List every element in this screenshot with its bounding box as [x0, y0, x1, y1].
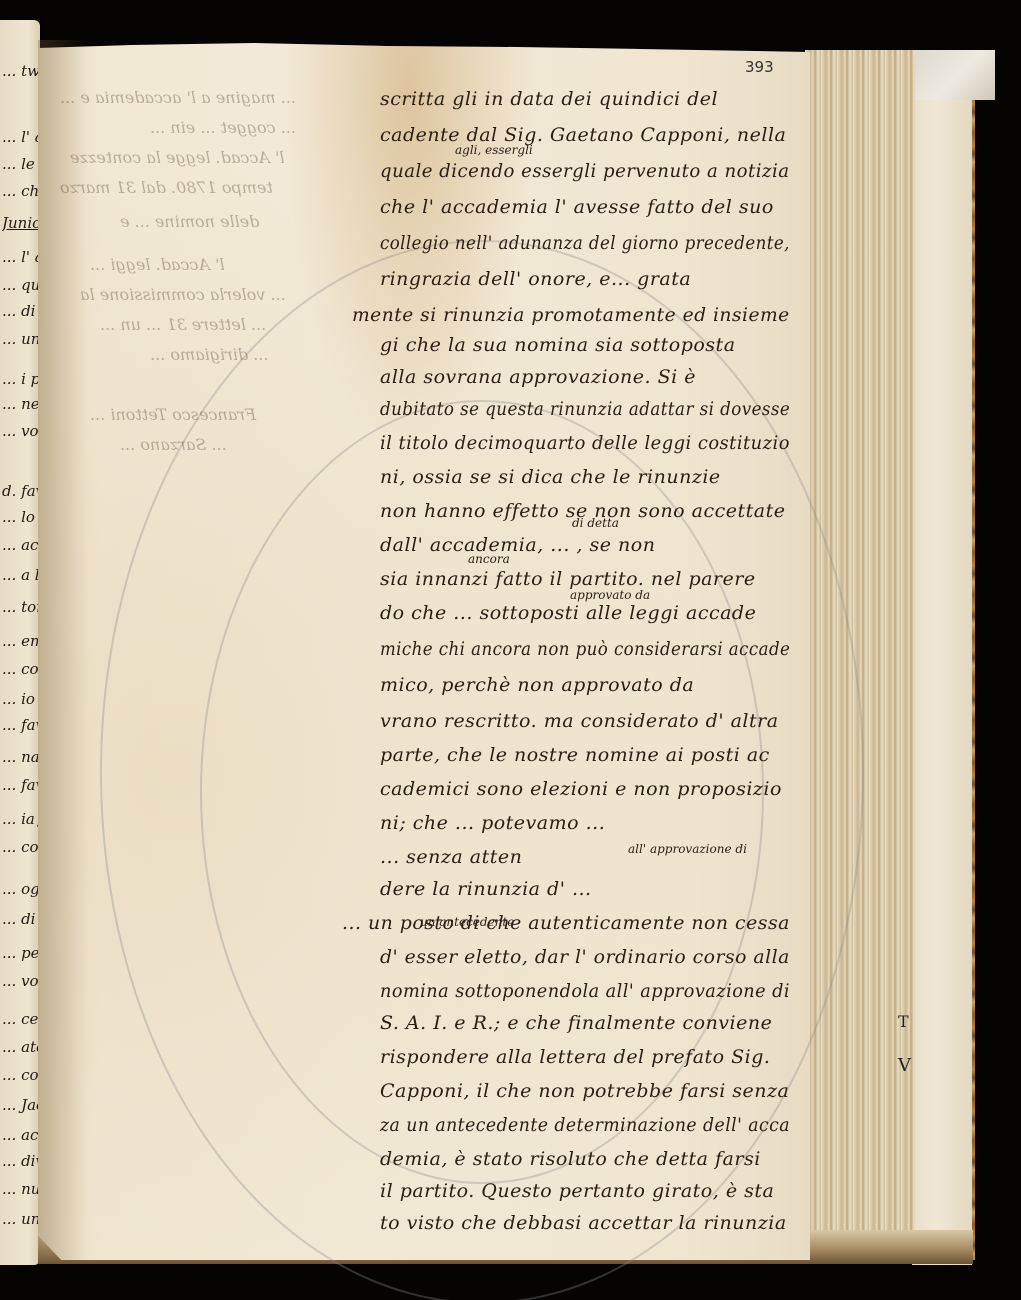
edge-label: T: [898, 1012, 909, 1031]
verso-fragment: ... negliu: [2, 395, 38, 413]
text-line: cademici sono elezioni e non proposizio: [380, 778, 782, 800]
gutter-shadow: [38, 40, 88, 1260]
interlinear-note: ancora: [468, 552, 510, 566]
text-line: S. A. I. e R.; e che finalmente conviene: [380, 1012, 772, 1034]
verso-fragment: ... lo ha: [2, 508, 38, 526]
verso-fragment: ... tw:: [2, 62, 38, 80]
bleed-through-line: l' Accad. legge la contezze: [70, 148, 285, 167]
verso-fragment: Junio: [2, 214, 38, 232]
text-line: za un antecedente determinazione dell' a…: [380, 1114, 790, 1136]
verso-fragment: ... empio,: [2, 632, 38, 650]
text-line: ni, ossia se si dica che le rinunzie: [380, 466, 721, 488]
text-line: ni; che ... potevamo ...: [380, 812, 605, 834]
text-line: ringrazia dell' onore, e... grata: [380, 268, 691, 290]
verso-fragment: d. fav: [2, 482, 38, 500]
verso-fragment: ... correnti,: [2, 838, 38, 856]
verso-fragment: ... favore: [2, 776, 38, 794]
text-line: quale dicendo essergli pervenuto a notiz…: [380, 160, 790, 182]
text-line: to visto che debbasi accettar la rinunzi…: [380, 1212, 787, 1234]
text-line: cadente dal Sig. Gaetano Capponi, nella: [380, 124, 786, 146]
bleed-through-line: ... dirigiamo ...: [150, 345, 269, 364]
edge-label: V: [898, 1055, 911, 1076]
verso-fragment: ... favore: [2, 716, 38, 734]
text-line: do che ... sottoposti alle leggi accade: [380, 602, 756, 624]
text-line: mico, perchè non approvato da: [380, 674, 694, 696]
verso-fragment: ... per ta: [2, 944, 38, 962]
verso-fragment: ... voti favo: [2, 972, 38, 990]
text-line: parte, che le nostre nomine ai posti ac: [380, 744, 770, 766]
text-line: mente si rinunzia promotamente ed insiem…: [352, 304, 790, 326]
interlinear-note: di detta: [572, 516, 619, 530]
verso-fragment: ... voti fa: [2, 422, 38, 440]
interlinear-note: agli, essergli: [455, 143, 533, 157]
verso-fragment: ... l' a: [2, 128, 38, 146]
verso-fragment: ... chi' d: [2, 182, 38, 200]
text-line: dubitato se questa rinunzia adattar si d…: [380, 398, 790, 420]
verso-fragment: ... nario,: [2, 748, 38, 766]
verso-fragment: ... colleghi: [2, 1066, 38, 1084]
verso-fragment: ... correnti,: [2, 660, 38, 678]
verso-fragment: ... divina: [2, 1152, 38, 1170]
text-line: alla sovrana approvazione. Si è: [380, 366, 696, 388]
bleed-through-line: ... volerla commissione la: [80, 285, 286, 304]
text-line: che l' accademia l' avesse fatto del suo: [380, 196, 774, 218]
verso-fragment: ... di favore: [2, 910, 38, 928]
interlinear-note: all' approvazione di: [628, 842, 747, 856]
bleed-through-line: ... magine a l' accademia e ...: [60, 88, 296, 107]
text-line: dere la rinunzia d' ...: [380, 878, 592, 900]
text-line: d' esser eletto, dar l' ordinario corso …: [380, 946, 790, 968]
bleed-through-line: ... Sarzano ...: [120, 435, 227, 454]
verso-fragment: ... unica vi: [2, 1210, 38, 1228]
bleed-through-line: Francesco Tettoni ...: [90, 405, 256, 424]
verso-fragment: ... ia Jaco: [2, 810, 38, 828]
verso-fragment: ... io Stre: [2, 690, 38, 708]
verso-fragment: ... l' a: [2, 248, 38, 266]
interlinear-note: approvato da: [570, 588, 650, 602]
text-line: vrano rescritto. ma considerato d' altra: [380, 710, 779, 732]
text-line: ... senza atten: [380, 846, 522, 868]
verso-fragment: ... oggetto: [2, 880, 38, 898]
text-line: collegio nell' adunanza del giorno prece…: [380, 232, 790, 254]
text-line: miche chi ancora non può considerarsi ac…: [380, 638, 790, 660]
text-line: scritta gli in data dei quindici del: [380, 88, 718, 110]
verso-fragment: ... questo: [2, 276, 38, 294]
text-line: rispondere alla lettera del prefato Sig.: [380, 1046, 770, 1068]
verso-fragment: ... Jacopo: [2, 1096, 38, 1114]
verso-fragment: ... tori: [2, 598, 38, 616]
bleed-through-line: l' Accad. leggi ...: [90, 255, 225, 274]
text-line: sia innanzi fatto il partito. nel parere: [380, 568, 756, 590]
back-endleaf: [912, 85, 972, 1265]
text-line: ... un posto di che autenticamente non c…: [342, 912, 790, 934]
interlinear-note: un antecedente: [420, 915, 514, 929]
bleed-through-line: tempo 1780. dal 31 marzo: [60, 178, 273, 197]
verso-fragment: ... nuss. D.: [2, 1180, 38, 1198]
text-line: demia, è stato risoluto che detta farsi: [380, 1148, 761, 1170]
text-line: nomina sottoponendola all' approvazione …: [380, 980, 790, 1002]
bleed-through-line: ... cogget ... ein ...: [150, 118, 296, 137]
verso-fragment: ... accademia: [2, 536, 38, 554]
bleed-through-line: ... lettere 31 ... un ...: [100, 315, 266, 334]
verso-fragment: ... i partiti: [2, 370, 38, 388]
text-line: Capponi, il che non potrebbe farsi senza: [380, 1080, 789, 1102]
verso-fragment: ... di ch: [2, 302, 38, 320]
verso-fragment: ... accad.: [2, 1126, 38, 1144]
verso-fragment: ... ato, di: [2, 1038, 38, 1056]
verso-fragment: ... ceuus acc: [2, 1010, 38, 1028]
verso-fragment: ... una: Le: [2, 330, 38, 348]
verso-fragment: ... le g: [2, 155, 38, 173]
text-line: gi che la sua nomina sia sottoposta: [380, 334, 736, 356]
verso-fragment: ... a liber: [2, 566, 38, 584]
text-line: dall' accademia, ... , se non: [380, 534, 655, 556]
folio-number: 393: [745, 58, 774, 76]
text-line: il partito. Questo pertanto girato, è st…: [380, 1180, 774, 1202]
text-line: il titolo decimoquarto delle leggi costi…: [380, 432, 790, 454]
bleed-through-line: delle nomine ... e: [120, 212, 259, 231]
